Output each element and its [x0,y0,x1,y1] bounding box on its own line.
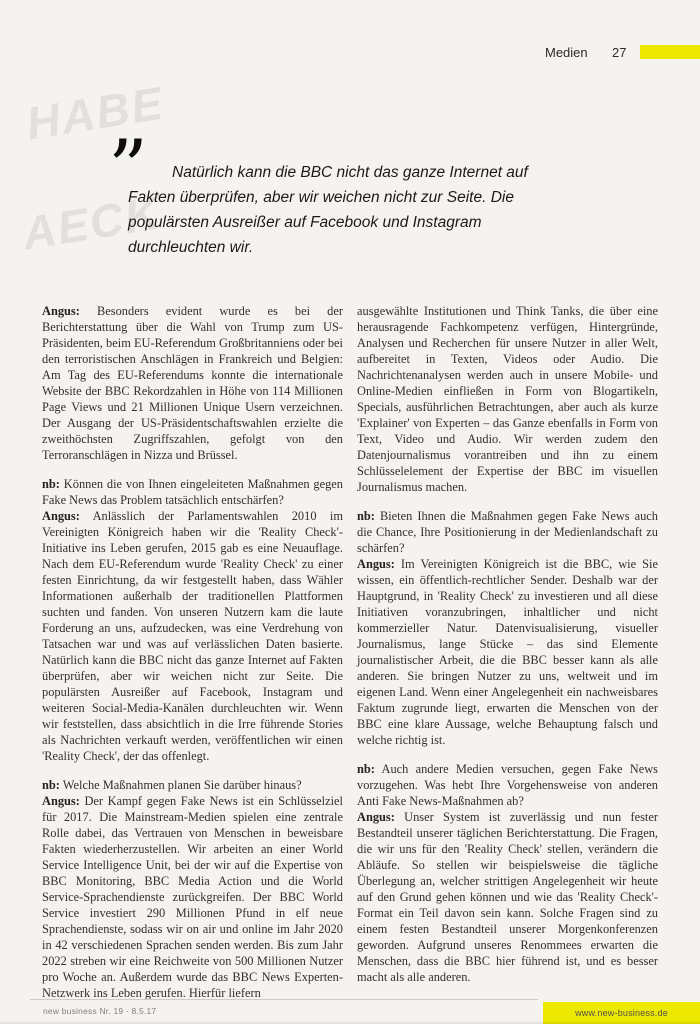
speaker-label: Angus: [42,509,80,523]
paragraph-text: Im Vereinigten Königreich ist die BBC, w… [357,557,658,747]
paragraph-text: Anlässlich der Parlamentswahlen 2010 im … [42,509,343,763]
page-number: 27 [612,45,626,60]
paragraph: nb: Welche Maßnahmen planen Sie darüber … [42,777,343,793]
paragraph-text: Welche Maßnahmen planen Sie darüber hina… [63,778,302,792]
paragraph: ausgewählte Institutionen und Think Tank… [357,303,658,495]
speaker-label: Angus: [357,810,395,824]
paragraph-text: Besonders evident wurde es bei der Beric… [42,304,343,462]
paragraph: Angus: Anlässlich der Parlamentswahlen 2… [42,508,343,764]
paragraph-text: Der Kampf gegen Fake News ist ein Schlüs… [42,794,343,1000]
column-right: ausgewählte Institutionen und Think Tank… [357,303,658,1001]
paragraph: nb: Bieten Ihnen die Maßnahmen gegen Fak… [357,508,658,556]
footer-rule [30,999,538,1000]
speaker-label: nb: [357,762,375,776]
quotation-mark-icon: ” [108,130,148,208]
paragraph: Angus: Der Kampf gegen Fake News ist ein… [42,793,343,1001]
article-body: Angus: Besonders evident wurde es bei de… [42,303,658,1001]
paragraph: Angus: Unser System ist zuverlässig und … [357,809,658,985]
pull-quote-text: Natürlich kann die BBC nicht das ganze I… [128,160,552,260]
column-left: Angus: Besonders evident wurde es bei de… [42,303,343,1001]
speaker-label: nb: [357,509,375,523]
paragraph-text: Bieten Ihnen die Maßnahmen gegen Fake Ne… [357,509,658,555]
speaker-label: Angus: [357,557,395,571]
footer-issue-info: new business Nr. 19 · 8.5.17 [43,1006,156,1016]
speaker-label: Angus: [42,794,80,808]
speaker-label: nb: [42,477,60,491]
paragraph: nb: Auch andere Medien versuchen, gegen … [357,761,658,809]
paragraph: Angus: Besonders evident wurde es bei de… [42,303,343,463]
page-header: Medien 27 [0,44,700,62]
paragraph-text: Auch andere Medien versuchen, gegen Fake… [357,762,658,808]
paragraph-text: Unser System ist zuverlässig und nun fes… [357,810,658,984]
speaker-label: Angus: [42,304,80,318]
section-title: Medien [545,45,588,60]
pull-quote: Natürlich kann die BBC nicht das ganze I… [128,160,552,260]
paragraph: Angus: Im Vereinigten Königreich ist die… [357,556,658,748]
paragraph: nb: Können die von Ihnen eingeleiteten M… [42,476,343,508]
magazine-page: HABE AECK Medien 27 Natürlich kann die B… [0,0,700,1024]
paragraph-text: ausgewählte Institutionen und Think Tank… [357,304,658,494]
speaker-label: nb: [42,778,60,792]
paragraph-text: Können die von Ihnen eingeleiteten Maßna… [42,477,343,507]
footer-website-url: www.new-business.de [575,1008,668,1018]
header-highlight-bar [640,45,700,59]
